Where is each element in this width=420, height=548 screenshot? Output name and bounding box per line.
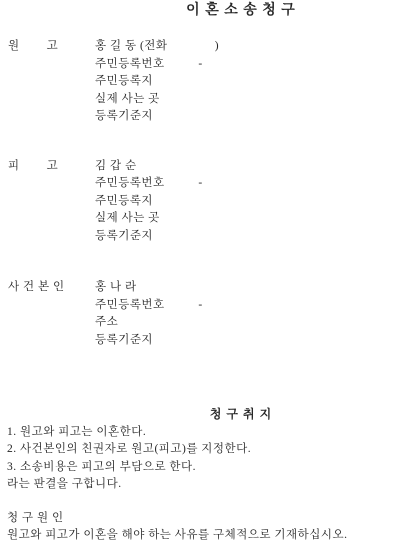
claim-item-2: 2. 사건본인의 친권자로 원고(피고)를 지정한다. — [7, 441, 420, 459]
case-subject-details: 홍 나 라 주민등록번호 - 주소 등록기준지 — [95, 279, 420, 349]
claim-item-3: 3. 소송비용은 피고의 부담으로 한다. — [7, 459, 420, 477]
claim-purpose-heading: 청 구 취 지 — [0, 406, 420, 424]
defendant-regno-line: 주민등록번호 - — [95, 175, 420, 193]
claim-cause-section: 청 구 원 인 원고와 피고가 이혼을 해야 하는 사유를 구체적으로 기재하십… — [7, 510, 420, 545]
defendant-role-label: 피 고 — [8, 158, 95, 176]
case-subject-addr-line: 주소 — [95, 314, 420, 332]
plaintiff-name-line: 홍 길 동 (전화 ) — [95, 38, 420, 56]
case-subject-regno-line: 주민등록번호 - — [95, 297, 420, 315]
case-subject-name-line: 홍 나 라 — [95, 279, 420, 297]
plaintiff-regaddr-line: 주민등록지 — [95, 73, 420, 91]
document-title: 이 혼 소 송 청 구 — [0, 2, 420, 20]
claim-cause-heading: 청 구 원 인 — [7, 510, 420, 528]
document-page: 이 혼 소 송 청 구 원 고 홍 길 동 (전화 ) 주민등록번호 - 주민등… — [0, 0, 420, 548]
defendant-regaddr-line: 주민등록지 — [95, 193, 420, 211]
plaintiff-role-label: 원 고 — [8, 38, 95, 56]
defendant-section: 피 고 김 갑 순 주민등록번호 - 주민등록지 실제 사는 곳 등록기준지 — [8, 158, 420, 246]
claim-item-1: 1. 원고와 피고는 이혼한다. — [7, 424, 420, 442]
case-subject-section: 사 건 본 인 홍 나 라 주민등록번호 - 주소 등록기준지 — [8, 279, 420, 349]
defendant-name-line: 김 갑 순 — [95, 158, 420, 176]
plaintiff-section: 원 고 홍 길 동 (전화 ) 주민등록번호 - 주민등록지 실제 사는 곳 등… — [8, 38, 420, 126]
claim-cause-instruction: 원고와 피고가 이혼을 해야 하는 사유를 구체적으로 기재하십시오. — [7, 527, 420, 545]
plaintiff-baseaddr-line: 등록기준지 — [95, 108, 420, 126]
defendant-details: 김 갑 순 주민등록번호 - 주민등록지 실제 사는 곳 등록기준지 — [95, 158, 420, 246]
claim-purpose-list: 1. 원고와 피고는 이혼한다. 2. 사건본인의 친권자로 원고(피고)를 지… — [7, 424, 420, 494]
defendant-resaddr-line: 실제 사는 곳 — [95, 210, 420, 228]
case-subject-baseaddr-line: 등록기준지 — [95, 332, 420, 350]
plaintiff-resaddr-line: 실제 사는 곳 — [95, 91, 420, 109]
defendant-baseaddr-line: 등록기준지 — [95, 228, 420, 246]
judgment-request-line: 라는 판결을 구합니다. — [7, 476, 420, 494]
plaintiff-details: 홍 길 동 (전화 ) 주민등록번호 - 주민등록지 실제 사는 곳 등록기준지 — [95, 38, 420, 126]
case-subject-role-label: 사 건 본 인 — [8, 279, 95, 297]
plaintiff-regno-line: 주민등록번호 - — [95, 56, 420, 74]
